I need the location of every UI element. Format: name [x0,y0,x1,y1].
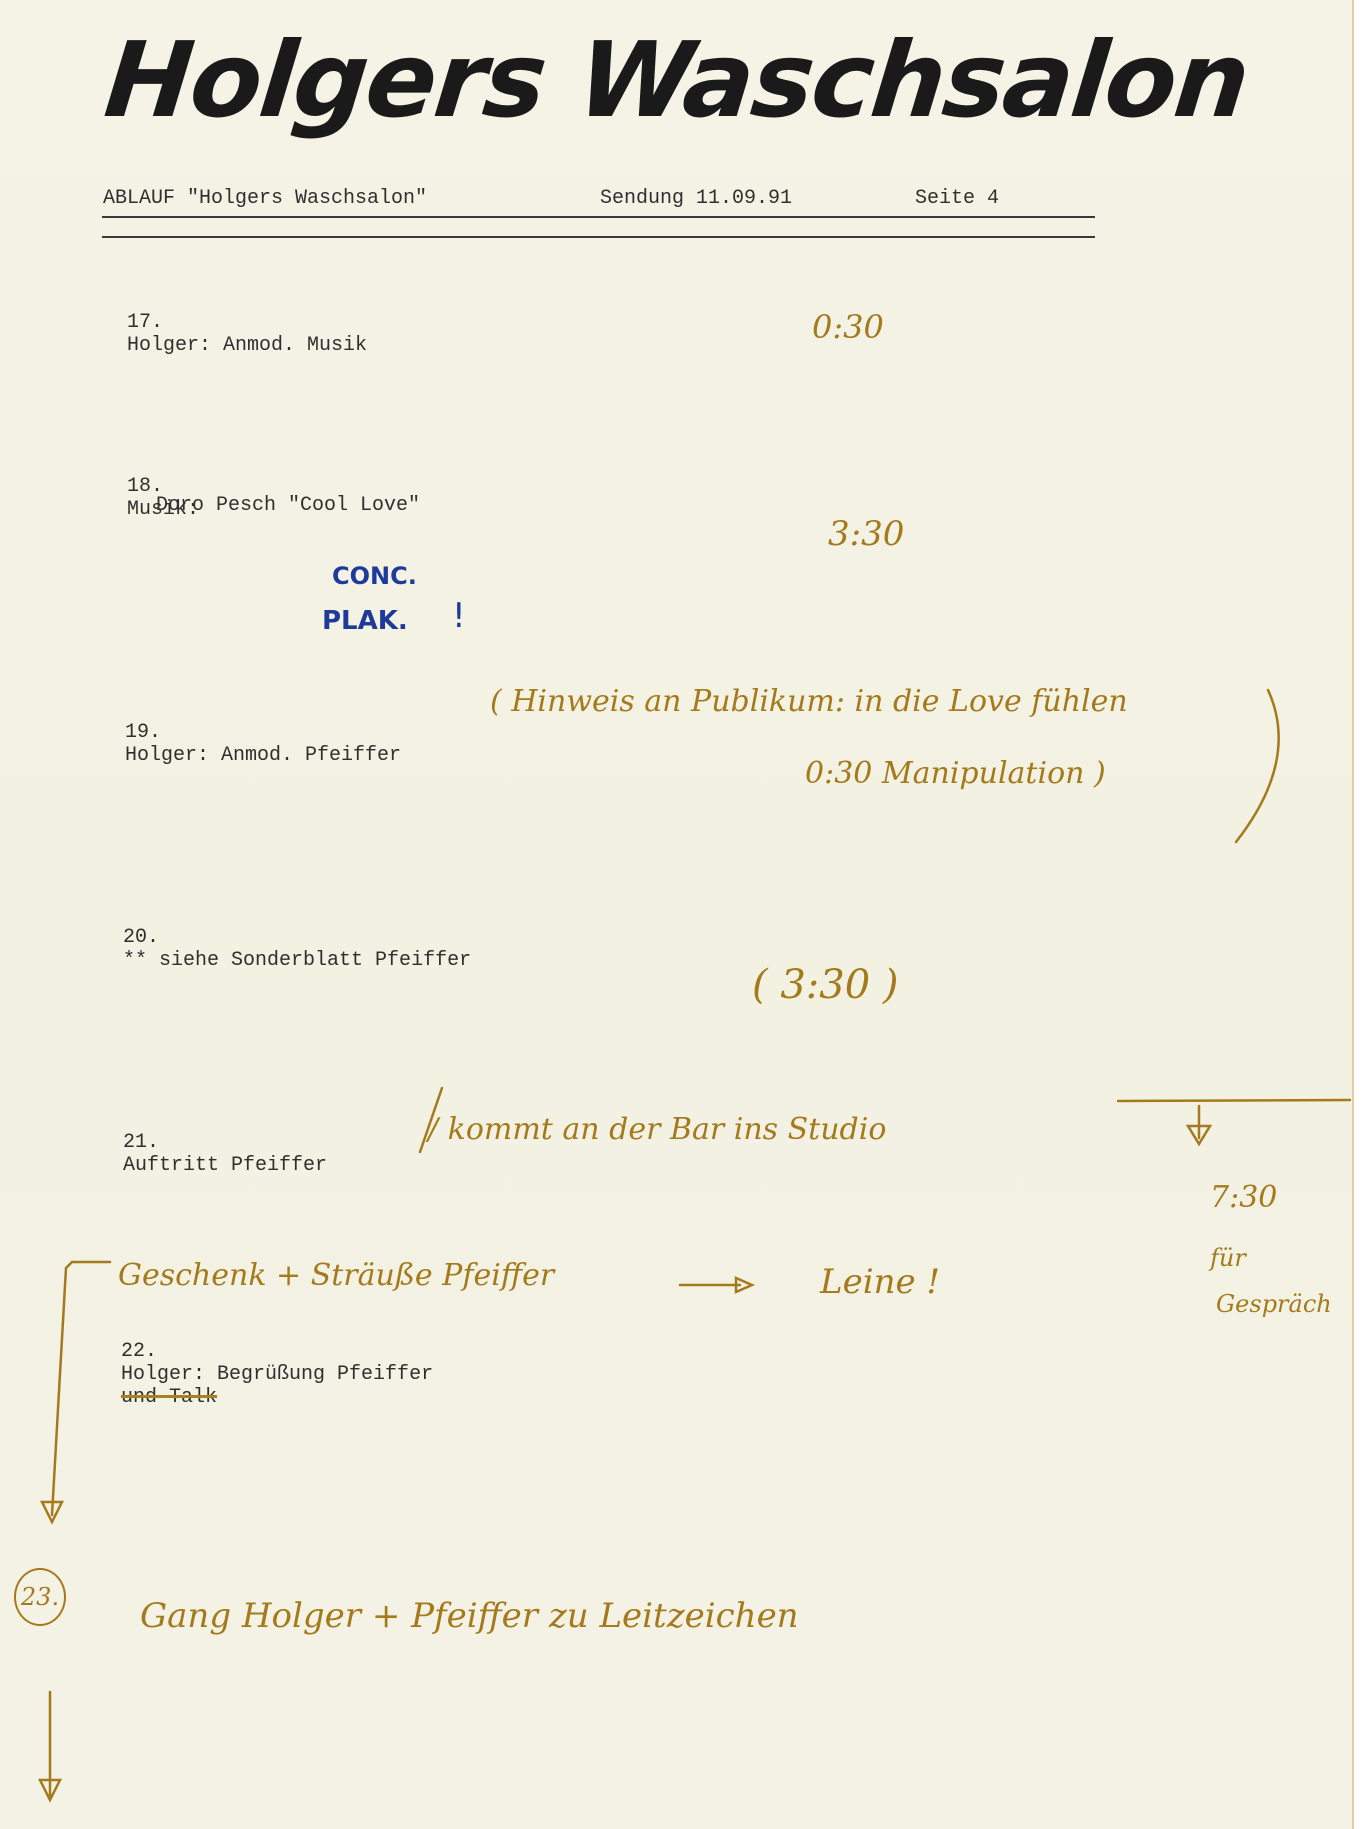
circled-item-number-23: 23. [14,1568,66,1626]
header-title: ABLAUF "Holgers Waschsalon" [103,187,427,210]
item-number: 21. [123,1131,159,1154]
item-22: 22. Holger: Begrüßung Pfeiffer und Talk [97,1317,433,1409]
show-logo: Holgers Waschsalon [101,28,1253,132]
item-text: Holger: Anmod. Pfeiffer [125,744,401,767]
item-number: 19. [125,721,161,744]
item-text: Holger: Begrüßung Pfeiffer [121,1363,433,1386]
item-text: Holger: Anmod. Musik [127,334,367,357]
header-broadcast-date: Sendung 11.09.91 [600,187,792,210]
handwritten-right-line1: für [1210,1244,1246,1272]
item-number: 17. [127,311,163,334]
item-18-subtext: Doro Pesch "Cool Love" [156,494,420,517]
item-text: Auftritt Pfeiffer [123,1154,327,1177]
blue-note-line1: CONC. [332,562,417,590]
handwritten-time-17: 0:30 [812,308,884,346]
handwritten-right-line2: Gespräch [1216,1290,1332,1318]
item-17: 17. Holger: Anmod. Musik [103,288,367,357]
item-text: ** siehe Sonderblatt Pfeiffer [123,949,471,972]
item-21: 21. Auftritt Pfeiffer [99,1108,327,1177]
handwritten-arrow-target: Leine ! [820,1262,940,1302]
handwritten-note-19-line2: 0:30 Manipulation ) [805,756,1106,791]
handwritten-item-23: Gang Holger + Pfeiffer zu Leitzeichen [140,1596,799,1636]
handwritten-time-20: ( 3:30 ) [752,962,898,1008]
item-number: 22. [121,1340,157,1363]
handwritten-time-right: 7:30 [1210,1180,1277,1215]
header-rule-bottom [102,236,1095,238]
handwritten-note-21: / kommt an der Bar ins Studio [428,1112,886,1147]
scan-edge [1352,0,1366,1829]
header-page-number: Seite 4 [915,187,999,210]
item-number: 20. [123,926,159,949]
item-20: 20. ** siehe Sonderblatt Pfeiffer [99,903,471,972]
struck-text: und Talk [121,1386,217,1409]
handwritten-note-22: Geschenk + Sträuße Pfeiffer [118,1258,554,1293]
handwritten-note-19-line1: ( Hinweis an Publikum: in die Love fühle… [490,684,1128,719]
item-19: 19. Holger: Anmod. Pfeiffer [101,698,401,767]
blue-note-exclamation: ! [452,596,466,636]
handwritten-time-18: 3:30 [828,514,904,554]
blue-note-line2: PLAK. [322,606,408,636]
header-rule-top [102,216,1095,218]
